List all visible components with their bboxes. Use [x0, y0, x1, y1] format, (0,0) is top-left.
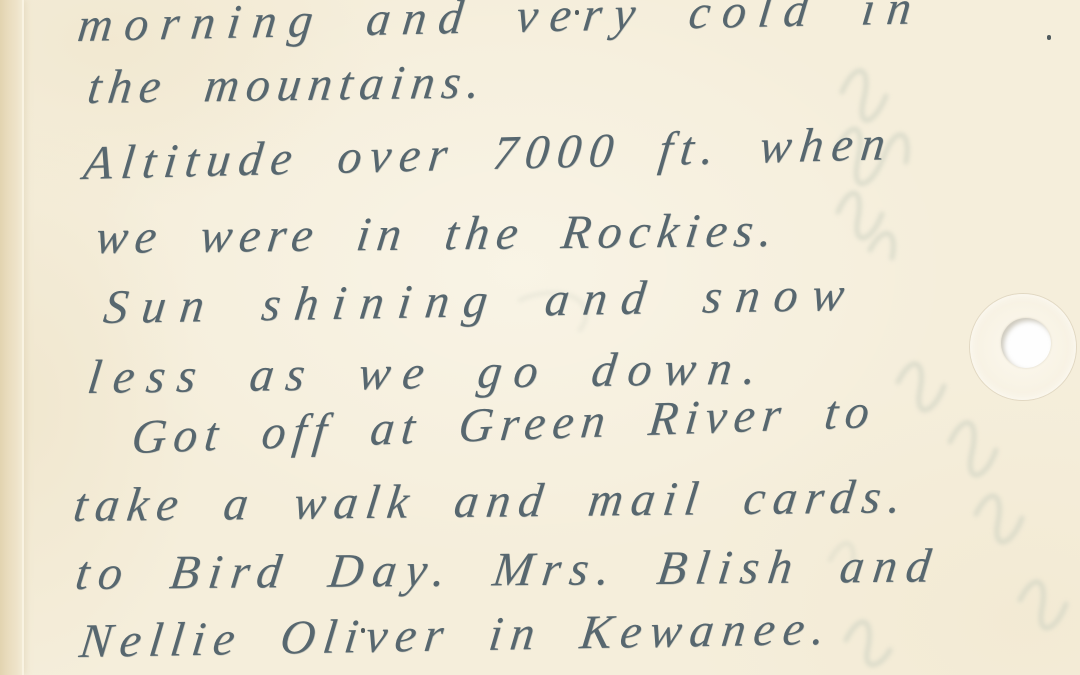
- page-scan-edge: [0, 0, 24, 675]
- ink-speck: [575, 10, 579, 15]
- handwriting-line: Sun shining and snow: [101, 267, 862, 336]
- diary-page-scan: morning and very cold in the mountains. …: [0, 0, 1080, 675]
- ink-speck: [361, 628, 365, 633]
- handwriting-line: Altitude over 7000 ft. when: [81, 116, 897, 192]
- handwriting-line: morning and very cold in: [75, 0, 927, 54]
- ink-speck: [1047, 35, 1051, 40]
- handwriting-line: Nellie Oliver in Kewanee.: [77, 601, 836, 670]
- handwriting-line: take a walk and mail cards.: [70, 469, 912, 534]
- handwriting-line: the mountains.: [84, 54, 490, 116]
- punch-hole: [1001, 318, 1051, 368]
- handwriting-line: to Bird Day. Mrs. Blish and: [72, 538, 943, 602]
- handwriting-line: we were in the Rockies.: [92, 203, 782, 266]
